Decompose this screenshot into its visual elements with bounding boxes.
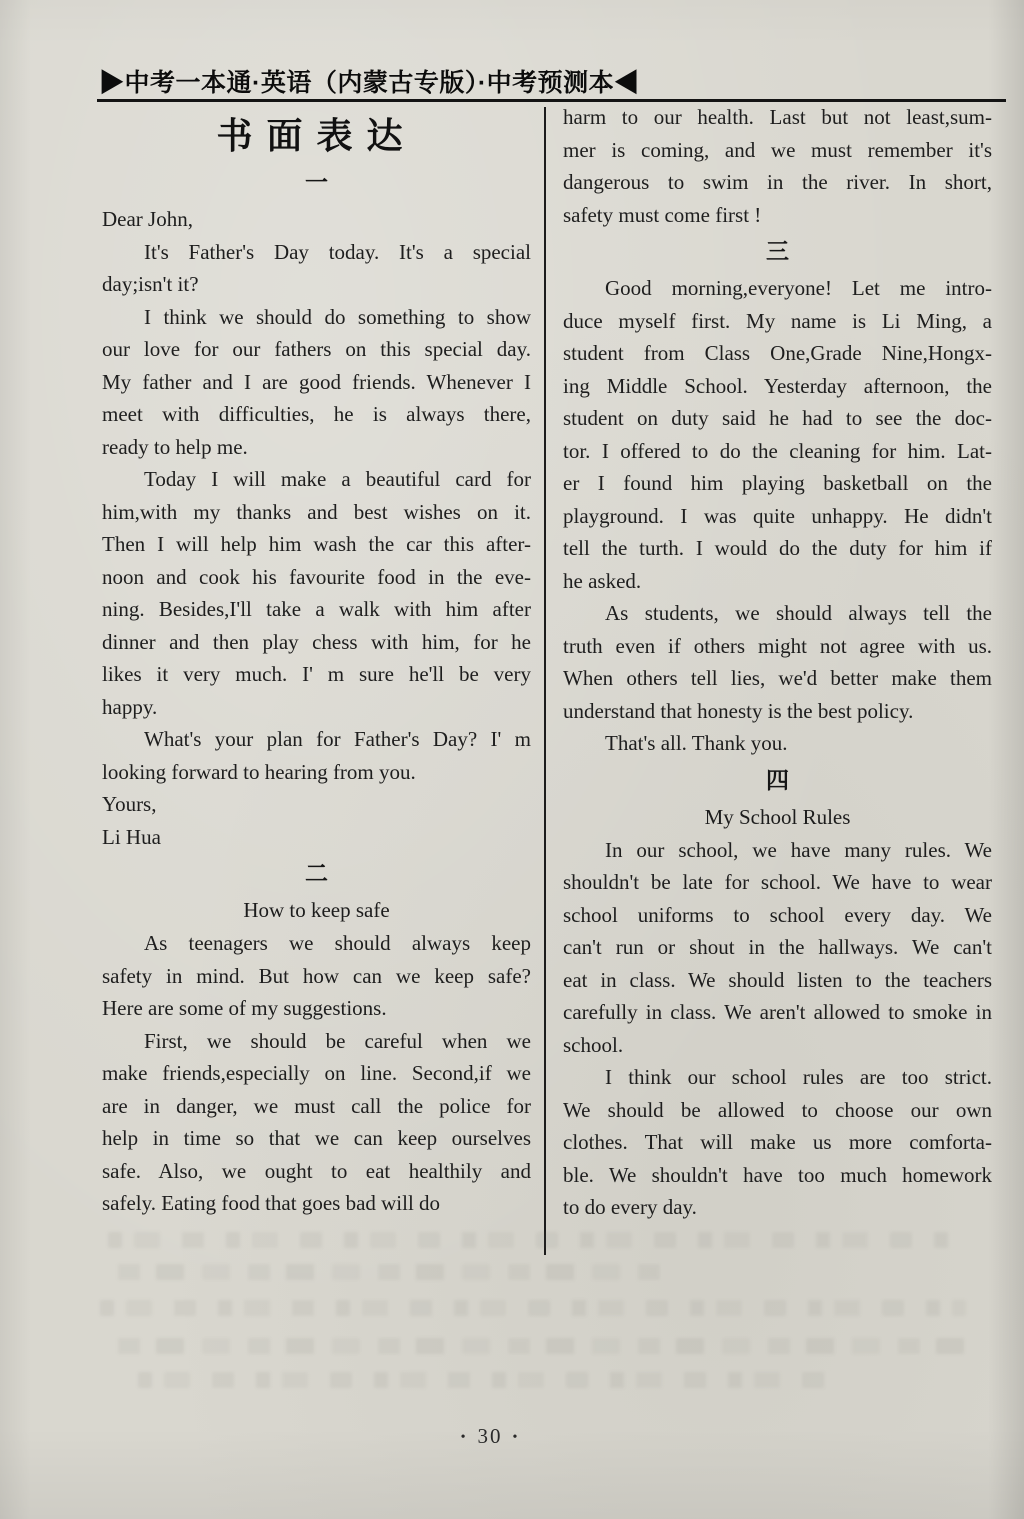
- text-line: clothes. That will make us more comforta…: [563, 1126, 992, 1159]
- text-line: ning. Besides,I'll take a walk with him …: [102, 593, 531, 626]
- footer-left-dot: •: [451, 1430, 478, 1445]
- text-line: meet with difficulties, he is always the…: [102, 398, 531, 431]
- text-line: carefully in class. We aren't allowed to…: [563, 996, 992, 1029]
- text-line: My father and I are good friends. Whenev…: [102, 366, 531, 399]
- section-number: 一: [102, 165, 531, 201]
- text-line: As teenagers we should always keep: [102, 927, 531, 960]
- page-footer: •30•: [0, 1424, 980, 1449]
- text-line: Li Hua: [102, 821, 531, 854]
- text-line: eat in class. We should listen to the te…: [563, 964, 992, 997]
- text-line: him,with my thanks and best wishes on it…: [102, 496, 531, 529]
- text-line: mer is coming, and we must remember it's: [563, 134, 992, 167]
- scanned-book-page: ▶中考一本通·英语（内蒙古专版）·中考预测本◀ 书面表达一Dear John,I…: [0, 0, 1024, 1519]
- left-column: 书面表达一Dear John,It's Father's Day today. …: [102, 110, 531, 1220]
- section-number: 二: [102, 856, 531, 892]
- text-line: school.: [563, 1029, 992, 1062]
- text-line: looking forward to hearing from you.: [102, 756, 531, 789]
- right-column: harm to our health. Last but not least,s…: [563, 101, 992, 1224]
- text-line: happy.: [102, 691, 531, 724]
- essay-main-title: 书面表达: [102, 110, 531, 162]
- paragraph: Good morning,everyone! Let me intro-duce…: [563, 272, 992, 597]
- text-line: I think we should do something to show: [102, 301, 531, 334]
- text-line: Yours,: [102, 788, 531, 821]
- text-line: er I found him playing basketball on the: [563, 467, 992, 500]
- text-line: likes it very much. I' m sure he'll be v…: [102, 658, 531, 691]
- text-line: understand that honesty is the best poli…: [563, 695, 992, 728]
- paragraph: In our school, we have many rules. Wesho…: [563, 834, 992, 1062]
- text-line: make friends,especially on line. Second,…: [102, 1057, 531, 1090]
- paragraph: I think we should do something to showou…: [102, 301, 531, 464]
- text-line: ing Middle School. Yesterday afternoon, …: [563, 370, 992, 403]
- paragraph: Yours,: [102, 788, 531, 821]
- paragraph: As teenagers we should always keepsafety…: [102, 927, 531, 1025]
- text-line: As students, we should always tell the: [563, 597, 992, 630]
- essay-subtitle: My School Rules: [563, 801, 992, 834]
- paragraph: Today I will make a beautiful card forhi…: [102, 463, 531, 723]
- paragraph: I think our school rules are too strict.…: [563, 1061, 992, 1224]
- text-line: school uniforms to school every day. We: [563, 899, 992, 932]
- text-line: ready to help me.: [102, 431, 531, 464]
- column-divider-rule: [544, 107, 546, 1255]
- ghost-text-row: [100, 1264, 660, 1280]
- text-line: In our school, we have many rules. We: [563, 834, 992, 867]
- ghost-text-row: [108, 1232, 956, 1248]
- text-line: harm to our health. Last but not least,s…: [563, 101, 992, 134]
- paragraph: Dear John,: [102, 203, 531, 236]
- text-line: safe. Also, we ought to eat healthily an…: [102, 1155, 531, 1188]
- text-line: Then I will help him wash the car this a…: [102, 528, 531, 561]
- text-line: safety in mind. But how can we keep safe…: [102, 960, 531, 993]
- ghost-text-row: [100, 1300, 966, 1316]
- text-line: tor. I offered to do the cleaning for hi…: [563, 435, 992, 468]
- paragraph: First, we should be careful when wemake …: [102, 1025, 531, 1220]
- text-line: Today I will make a beautiful card for: [102, 463, 531, 496]
- text-line: playground. I was quite unhappy. He didn…: [563, 500, 992, 533]
- text-line: to do every day.: [563, 1191, 992, 1224]
- text-line: can't run or shout in the hallways. We c…: [563, 931, 992, 964]
- text-line: day;isn't it?: [102, 268, 531, 301]
- essay-subtitle: How to keep safe: [102, 894, 531, 927]
- text-line: dinner and then play chess with him, for…: [102, 626, 531, 659]
- running-head: ▶中考一本通·英语（内蒙古专版）·中考预测本◀: [99, 63, 640, 99]
- footer-right-dot: •: [503, 1430, 530, 1445]
- text-line: help in time so that we can keep ourselv…: [102, 1122, 531, 1155]
- text-line: We should be allowed to choose our own: [563, 1094, 992, 1127]
- text-line: That's all. Thank you.: [563, 727, 992, 760]
- section-number: 三: [563, 234, 992, 270]
- text-line: duce myself first. My name is Li Ming, a: [563, 305, 992, 338]
- text-line: tell the turth. I would do the duty for …: [563, 532, 992, 565]
- text-line: What's your plan for Father's Day? I' m: [102, 723, 531, 756]
- page-number: 30: [478, 1424, 503, 1448]
- text-line: Here are some of my suggestions.: [102, 992, 531, 1025]
- text-line: truth even if others might not agree wit…: [563, 630, 992, 663]
- text-line: student on duty said he had to see the d…: [563, 402, 992, 435]
- text-line: Good morning,everyone! Let me intro-: [563, 272, 992, 305]
- paragraph: That's all. Thank you.: [563, 727, 992, 760]
- paragraph: It's Father's Day today. It's a speciald…: [102, 236, 531, 301]
- paragraph: Li Hua: [102, 821, 531, 854]
- text-line: dangerous to swim in the river. In short…: [563, 166, 992, 199]
- text-line: are in danger, we must call the police f…: [102, 1090, 531, 1123]
- paragraph: As students, we should always tell thetr…: [563, 597, 992, 727]
- text-line: First, we should be careful when we: [102, 1025, 531, 1058]
- ghost-text-row: [100, 1338, 966, 1354]
- text-line: our love for our fathers on this special…: [102, 333, 531, 366]
- text-line: It's Father's Day today. It's a special: [102, 236, 531, 269]
- text-line: I think our school rules are too strict.: [563, 1061, 992, 1094]
- text-line: noon and cook his favourite food in the …: [102, 561, 531, 594]
- text-line: When others tell lies, we'd better make …: [563, 662, 992, 695]
- text-line: Dear John,: [102, 203, 531, 236]
- text-line: ble. We shouldn't have too much homework: [563, 1159, 992, 1192]
- text-line: safety must come first !: [563, 199, 992, 232]
- ghost-text-row: [138, 1372, 838, 1388]
- text-line: safely. Eating food that goes bad will d…: [102, 1187, 531, 1220]
- text-line: shouldn't be late for school. We have to…: [563, 866, 992, 899]
- paragraph: harm to our health. Last but not least,s…: [563, 101, 992, 231]
- text-line: student from Class One,Grade Nine,Hongx-: [563, 337, 992, 370]
- paragraph: What's your plan for Father's Day? I' ml…: [102, 723, 531, 788]
- text-line: he asked.: [563, 565, 992, 598]
- section-number: 四: [563, 763, 992, 799]
